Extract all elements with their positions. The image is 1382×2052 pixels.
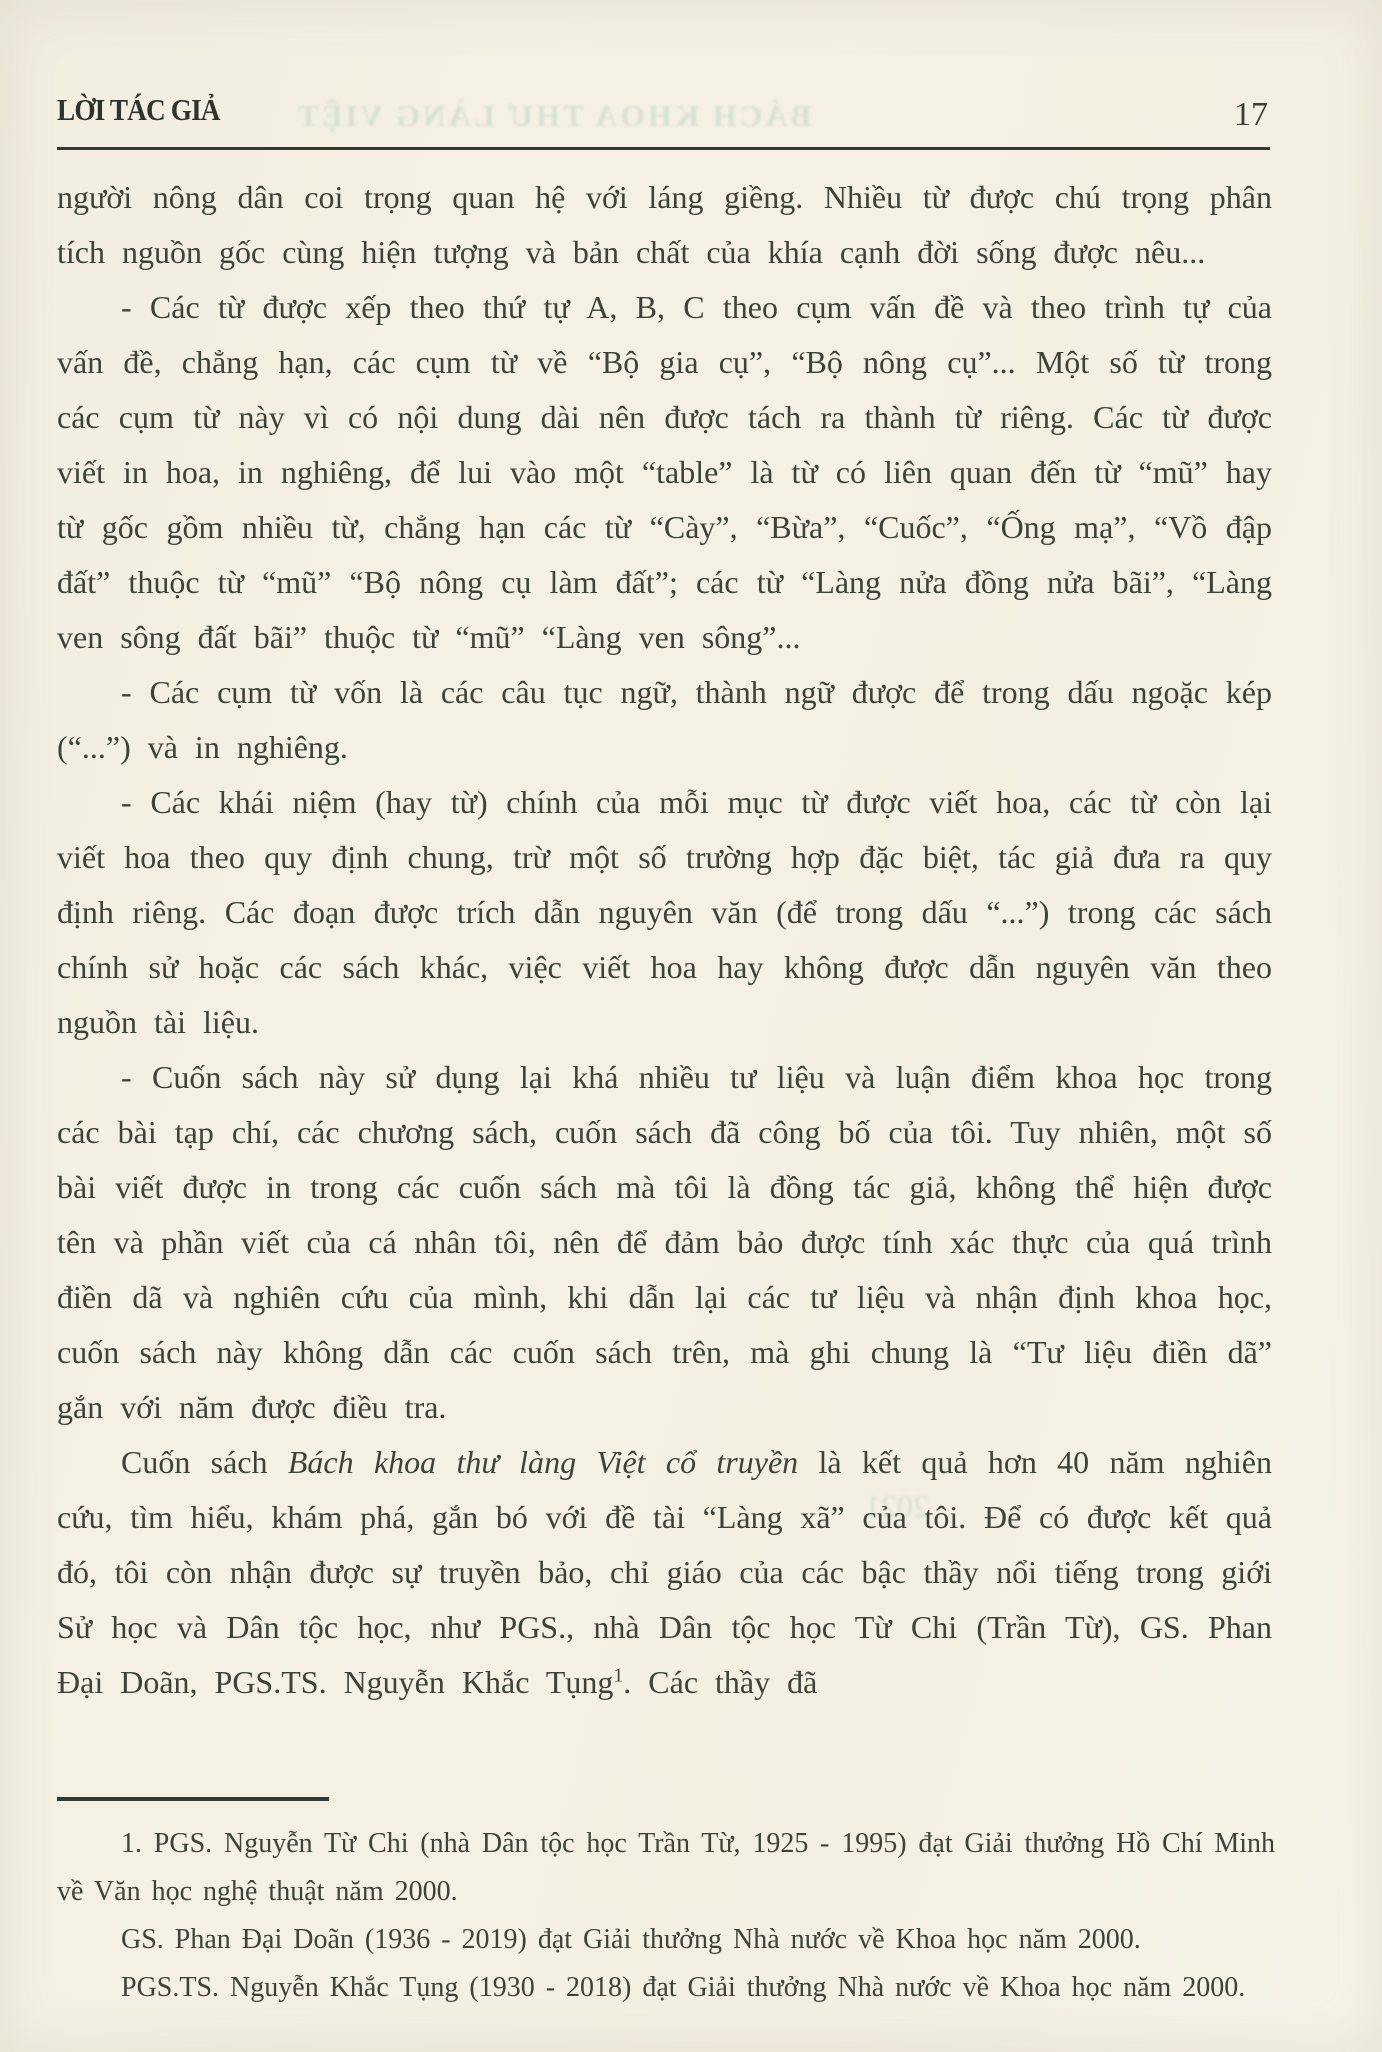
footnotes-block: 1. PGS. Nguyễn Từ Chi (nhà Dân tộc học T… <box>57 1820 1275 2012</box>
body-paragraph: - Các từ được xếp theo thứ tự A, B, C th… <box>57 280 1272 665</box>
closing-text-middle: là kết quả hơn 40 năm nghiên cứu, tìm hi… <box>57 1444 1272 1700</box>
showthrough-header-text: BÁCH KHOA THƯ LÀNG VIỆT <box>295 98 811 134</box>
running-header-title: LỜI TÁC GIẢ <box>57 92 220 128</box>
book-title: Bách khoa thư làng Việt cổ truyền <box>288 1444 798 1480</box>
scanned-book-page: BÁCH KHOA THƯ LÀNG VIỆT 2021 LỜI TÁC GIẢ… <box>0 0 1382 2052</box>
closing-text-before: Cuốn sách <box>121 1444 288 1480</box>
body-paragraph: - Các cụm từ vốn là các câu tục ngữ, thà… <box>57 665 1272 775</box>
body-paragraph: - Cuốn sách này sử dụng lại khá nhiều tư… <box>57 1050 1272 1435</box>
closing-text-after: . Các thầy đã <box>623 1664 817 1700</box>
footnote-reference-mark: 1 <box>613 1664 623 1686</box>
body-paragraph: người nông dân coi trọng quan hệ với lán… <box>57 170 1272 280</box>
footnote-separator-rule <box>57 1797 329 1801</box>
page-number: 17 <box>1234 96 1268 134</box>
footnote-entry: PGS.TS. Nguyễn Khắc Tụng (1930 - 2018) đ… <box>57 1964 1275 2012</box>
body-paragraph: - Các khái niệm (hay từ) chính của mỗi m… <box>57 775 1272 1050</box>
header-rule <box>57 147 1270 150</box>
footnote-entry: 1. PGS. Nguyễn Từ Chi (nhà Dân tộc học T… <box>57 1820 1275 1916</box>
footnote-entry: GS. Phan Đại Doãn (1936 - 2019) đạt Giải… <box>57 1916 1275 1964</box>
body-paragraph-closing: Cuốn sách Bách khoa thư làng Việt cổ tru… <box>57 1435 1272 1710</box>
body-text-block: người nông dân coi trọng quan hệ với lán… <box>57 170 1272 1710</box>
